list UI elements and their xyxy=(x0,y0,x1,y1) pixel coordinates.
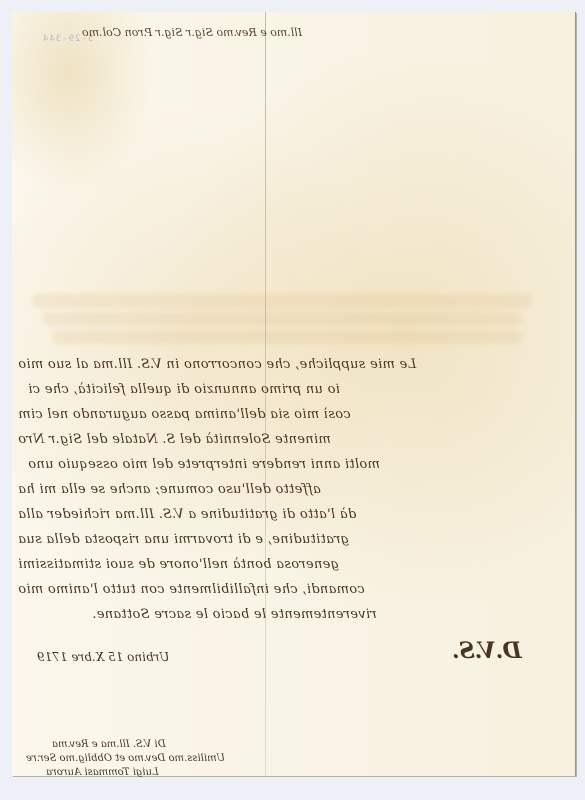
body-line-2: io un primo annunzio di quella felicità,… xyxy=(28,382,340,397)
body-line-7: dà l'atto di gratitudine a V.S. Ill.ma r… xyxy=(18,507,356,522)
header-salutation: Ill.mo e Rev.mo Sig.r Sig.r P.ron Col.mo xyxy=(82,26,302,39)
stain-band xyxy=(52,330,522,344)
body-line-11: riverentemente le bacio le sacre Sottane… xyxy=(92,607,377,622)
address-line-2: Umiliss.mo Dev.mo et Obblig.mo Ser.re xyxy=(26,753,225,764)
address-line-3: Luigi Tommasi Aurora xyxy=(46,767,159,778)
place-date: Urbino 15 X.bre 1719 xyxy=(37,650,169,664)
letter-page: 5-29-344 Ill.mo e Rev.mo Sig.r Sig.r P.r… xyxy=(12,12,576,776)
body-line-5: molti anni rendere interprete del mio os… xyxy=(28,457,380,472)
body-line-6: affetto dell'uso comune; anche se ella m… xyxy=(18,482,321,497)
body-line-8: gratitudine, e di trovarmi una risposta … xyxy=(18,532,349,547)
stain-band xyxy=(42,312,522,326)
body-line-10: comandi, che infallibilmente con tutto l… xyxy=(18,582,365,597)
signature: D.V.S. xyxy=(452,638,522,664)
stain-band xyxy=(32,294,532,308)
body-line-3: così mio sia dell'anima passo augurando … xyxy=(18,407,351,422)
body-line-1: Le mie suppliche, che concorrono in V.S.… xyxy=(18,357,416,372)
address-line-1: Di V.S. Ill.ma e Rev.ma xyxy=(52,739,166,750)
body-line-9: generosa bontà nell'onore de suoi stimat… xyxy=(18,557,339,572)
body-line-4: minente Solennità del S. Natale del Sig.… xyxy=(18,432,331,447)
